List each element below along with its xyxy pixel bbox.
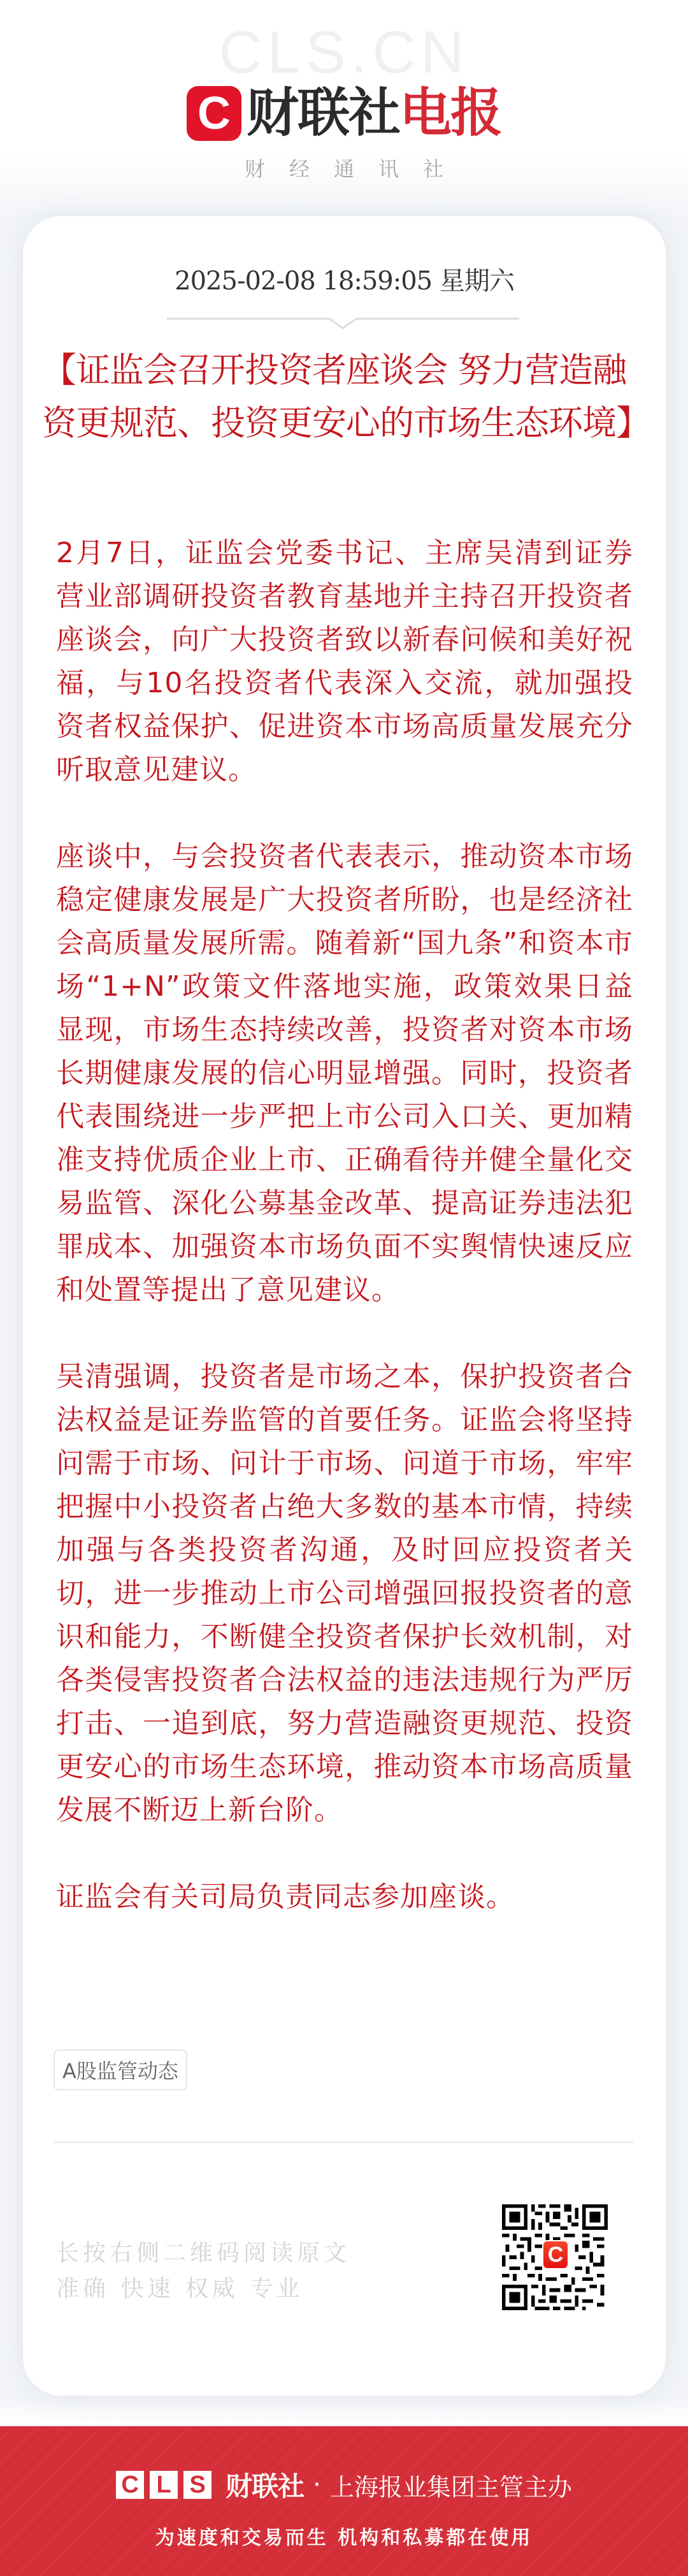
cls-letter-l: L — [150, 2471, 178, 2499]
article-title: 【证监会召开投资者座谈会 努力营造融资更规范、投资更安心的市场生态环境】 — [42, 344, 647, 449]
page-header: CLS.CN C 财联社电报 财经通讯社 — [0, 0, 688, 210]
cls-watermark: CLS.CN — [0, 18, 688, 87]
divider-notch-icon — [167, 317, 519, 330]
article-datetime: 2025-02-08 18:59:05 星期六 — [23, 261, 666, 297]
cls-letter-logo: C L S — [116, 2471, 211, 2499]
brand-name-telegraph: 电报 — [399, 83, 501, 143]
footer-slogan: 为速度和交易而生 机构和私募都在使用 — [0, 2522, 688, 2550]
qr-cls-logo-icon: C — [542, 2240, 569, 2269]
article-paragraph: 吴清强调，投资者是市场之本，保护投资者合法权益是证券监管的首要任务。证监会将坚持… — [56, 1355, 633, 1832]
cls-logo-icon: C — [187, 86, 241, 141]
article-paragraph: 座谈中，与会投资者代表表示，推动资本市场稳定健康发展是广大投资者所盼，也是经济社… — [56, 835, 633, 1312]
brand-name-main: 财联社 — [247, 83, 399, 143]
qr-caption: 长按右侧二维码阅读原文 准确 快速 权威 专业 — [56, 2236, 350, 2307]
cls-letter-c: C — [116, 2471, 144, 2499]
page-footer: C L S 财联社 · 上海报业集团主管主办 为速度和交易而生 机构和私募都在使… — [0, 2426, 688, 2576]
brand-tagline: 财经通讯社 — [0, 153, 688, 182]
cls-letter-s: S — [183, 2471, 211, 2499]
footer-brand-name: 财联社 — [226, 2466, 304, 2504]
section-divider — [54, 2141, 633, 2143]
article-body: 2月7日，证监会党委书记、主席吴清到证券营业部调研投资者教育基地并主持召开投资者… — [56, 532, 633, 1919]
brand-name: 财联社电报 — [247, 87, 501, 140]
qr-instruction: 长按右侧二维码阅读原文 — [56, 2236, 350, 2271]
topic-tag[interactable]: A股监管动态 — [54, 2049, 187, 2090]
footer-sponsor: 上海报业集团主管主办 — [330, 2468, 572, 2503]
article-paragraph: 证监会有关司局负责同志参加座谈。 — [56, 1875, 633, 1919]
article-card: 2025-02-08 18:59:05 星期六 【证监会召开投资者座谈会 努力营… — [23, 216, 666, 2396]
footer-brand-line: C L S 财联社 · 上海报业集团主管主办 — [0, 2466, 688, 2504]
article-paragraph: 2月7日，证监会党委书记、主席吴清到证券营业部调研投资者教育基地并主持召开投资者… — [56, 532, 633, 792]
qr-slogan: 准确 快速 权威 专业 — [56, 2271, 350, 2307]
brand-logo: C 财联社电报 — [0, 86, 688, 141]
footer-separator-dot: · — [313, 2470, 321, 2500]
qr-code[interactable]: C — [502, 2204, 608, 2310]
date-divider — [167, 317, 519, 330]
